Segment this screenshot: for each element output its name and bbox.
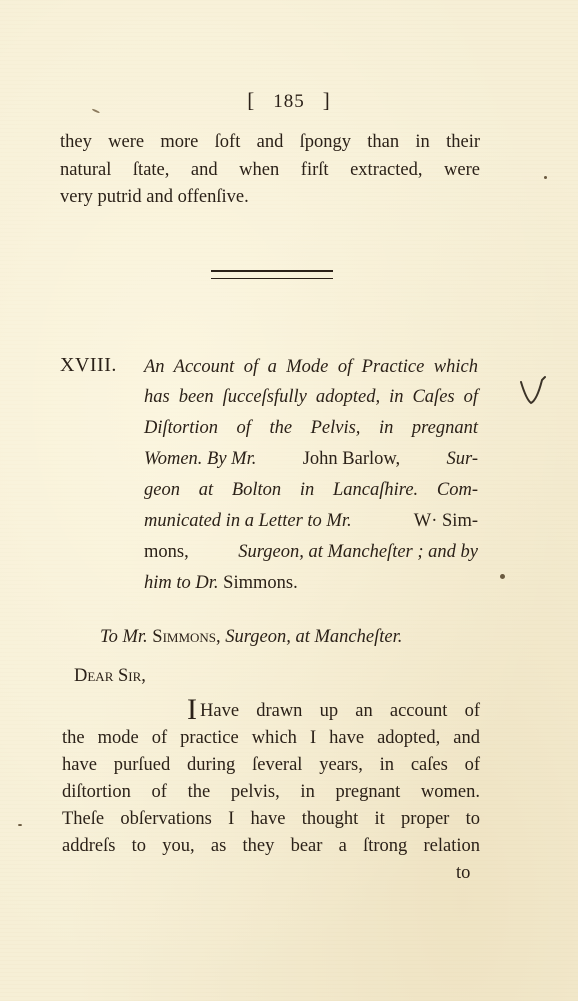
handwritten-check-mark-icon [518, 370, 550, 410]
text-line: very putrid and offenſive. [60, 184, 480, 210]
title-fragment: him to Dr. [144, 573, 219, 593]
page-number: 185 [273, 91, 305, 112]
text-line: natural ſtate, and when firſt extracted,… [60, 157, 480, 183]
ink-spot [500, 574, 505, 579]
title-fragment: Women. By Mr. [144, 446, 256, 472]
recipient-name: mons, [144, 539, 189, 565]
address-rest: Surgeon, at Mancheſter. [225, 627, 402, 647]
page-header: [185] [0, 88, 578, 113]
bracket-right: ] [323, 88, 331, 112]
address-name: Simmons, [152, 627, 220, 647]
book-page: [185] they were more ſoft and ſpongy tha… [0, 0, 578, 1001]
author-name: John Barlow, [303, 446, 400, 472]
catchword: to [456, 860, 486, 886]
title-line: An Account of a Mode of Practice which [144, 354, 478, 380]
ink-spot [544, 176, 547, 179]
text-line: the mode of practice which I have adopte… [62, 725, 480, 751]
title-line: geon at Bolton in Lancaſhire. Com- [144, 477, 478, 503]
recipient-name: Simmons. [223, 573, 298, 593]
section-divider-rule [211, 270, 333, 279]
title-line: Diſtortion of the Pelvis, in pregnant [144, 415, 478, 441]
first-line-text: Have drawn up an account of [200, 701, 480, 721]
recipient-name: W· Sim- [414, 508, 478, 534]
title-line: him to Dr. Simmons. [144, 570, 478, 596]
text-line: diſtortion of the pelvis, in pregnant wo… [62, 779, 480, 805]
article-numeral: XVIII. [60, 354, 117, 377]
title-line: municated in a Letter to Mr. W· Sim- [144, 508, 478, 534]
title-fragment: Sur- [446, 446, 478, 472]
title-line: has been ſucceſsfully adopted, in Caſes … [144, 384, 478, 410]
title-line: Women. By Mr. John Barlow, Sur- [144, 446, 478, 472]
address-to: To Mr. [100, 627, 148, 647]
text-line: addreſs to you, as they bear a ſtrong re… [62, 833, 480, 859]
letter-address: To Mr. Simmons, Surgeon, at Mancheſter. [100, 624, 480, 650]
text-line: have purſued during ſeveral years, in ca… [62, 752, 480, 778]
title-fragment: Surgeon, at Mancheſter ; and by [238, 539, 478, 565]
title-line: mons, Surgeon, at Mancheſter ; and by [144, 539, 478, 565]
title-fragment: municated in a Letter to Mr. [144, 508, 352, 534]
ink-spot [18, 824, 22, 826]
text-line: Theſe obſervations I have thought it pro… [62, 806, 480, 832]
salutation: Dear Sir, [74, 663, 494, 689]
bracket-left: [ [247, 88, 255, 112]
drop-cap: I [187, 693, 197, 726]
text-line: IHave drawn up an account of [187, 698, 480, 724]
text-line: they were more ſoft and ſpongy than in t… [60, 129, 480, 155]
